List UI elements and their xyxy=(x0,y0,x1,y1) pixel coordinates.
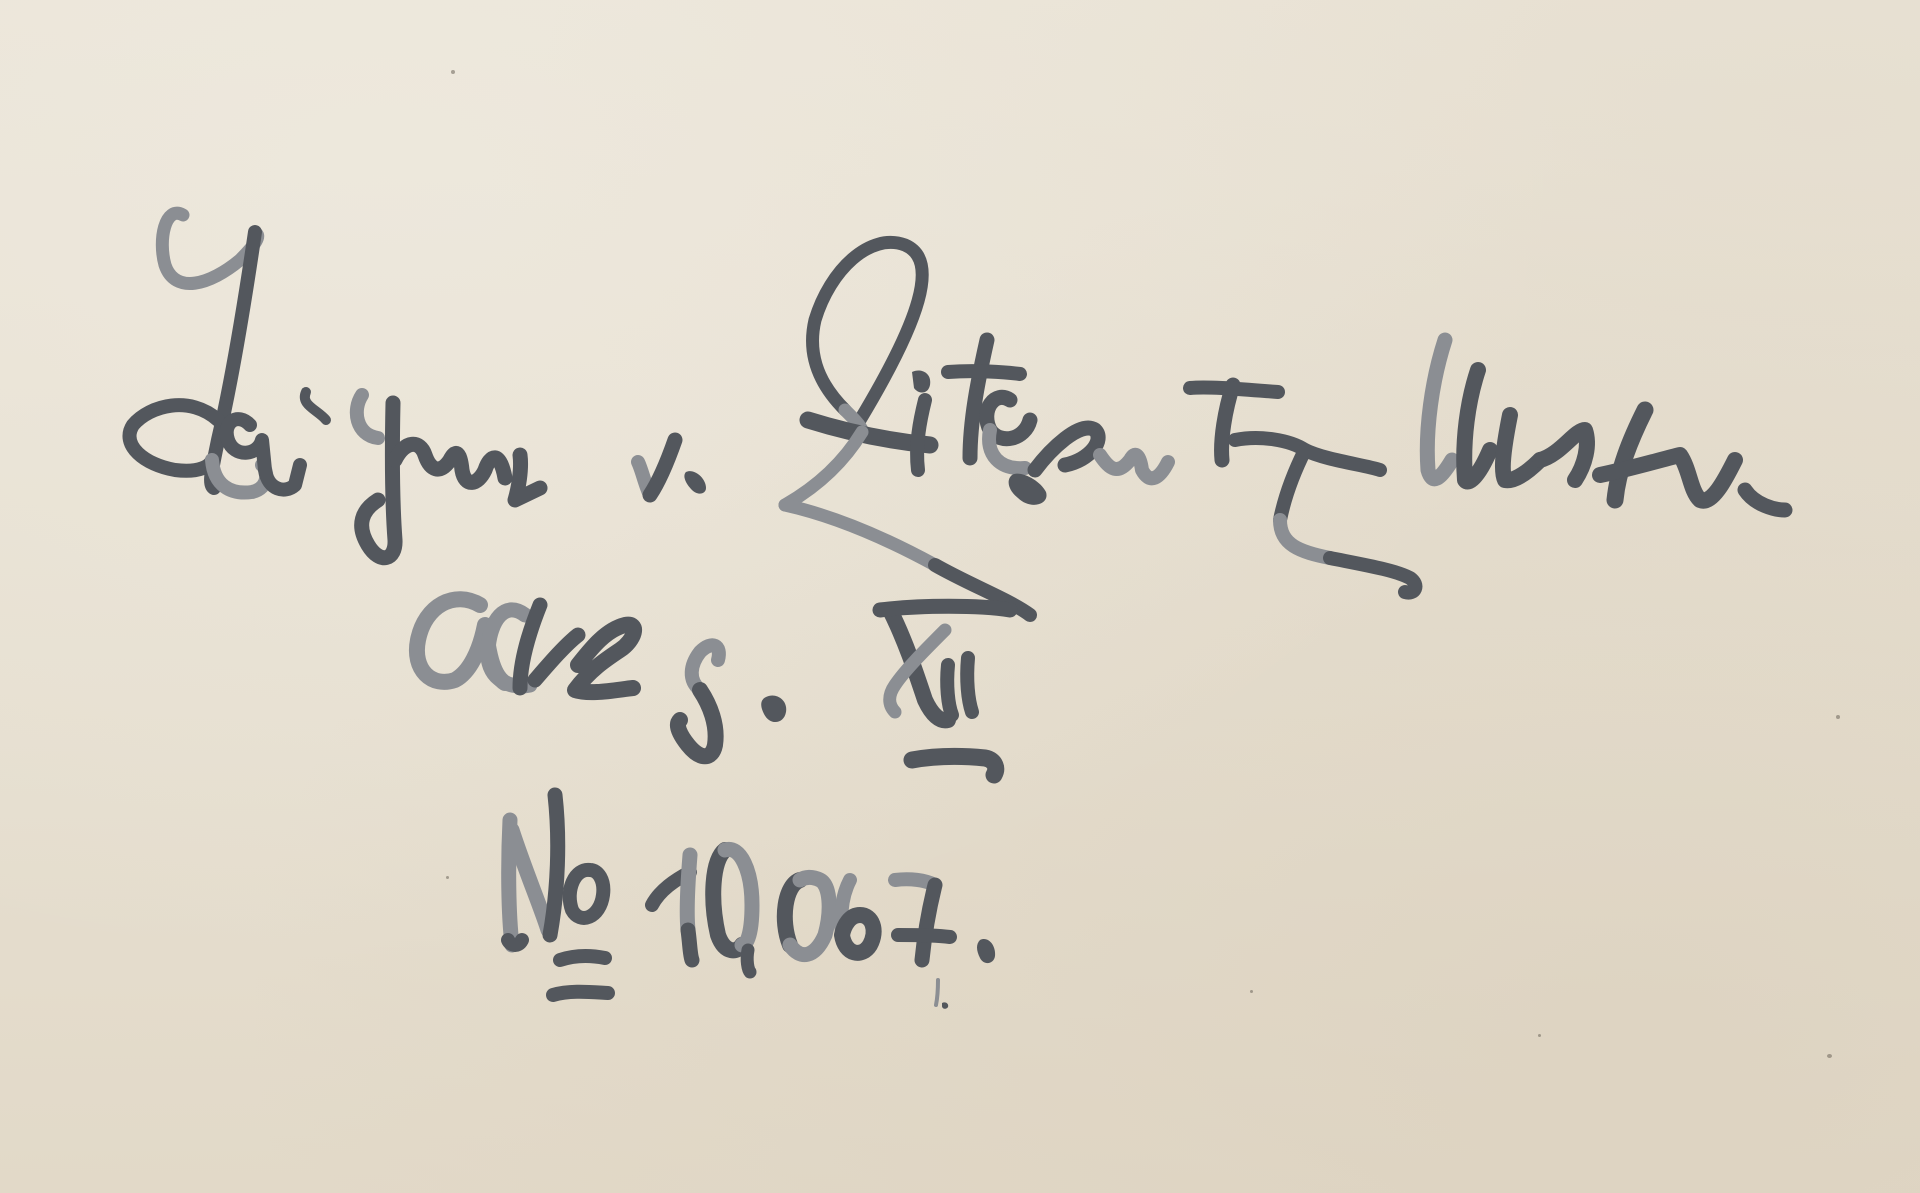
word-abseg xyxy=(417,599,786,756)
word-xii xyxy=(880,606,1010,775)
numero-sign xyxy=(508,795,608,995)
word-muskau xyxy=(1427,340,1785,510)
word-v xyxy=(638,440,706,495)
word-zitzewitz xyxy=(785,242,1415,615)
number-10067 xyxy=(652,849,995,1008)
word-eugen xyxy=(129,213,540,557)
handwriting xyxy=(0,0,1920,1193)
